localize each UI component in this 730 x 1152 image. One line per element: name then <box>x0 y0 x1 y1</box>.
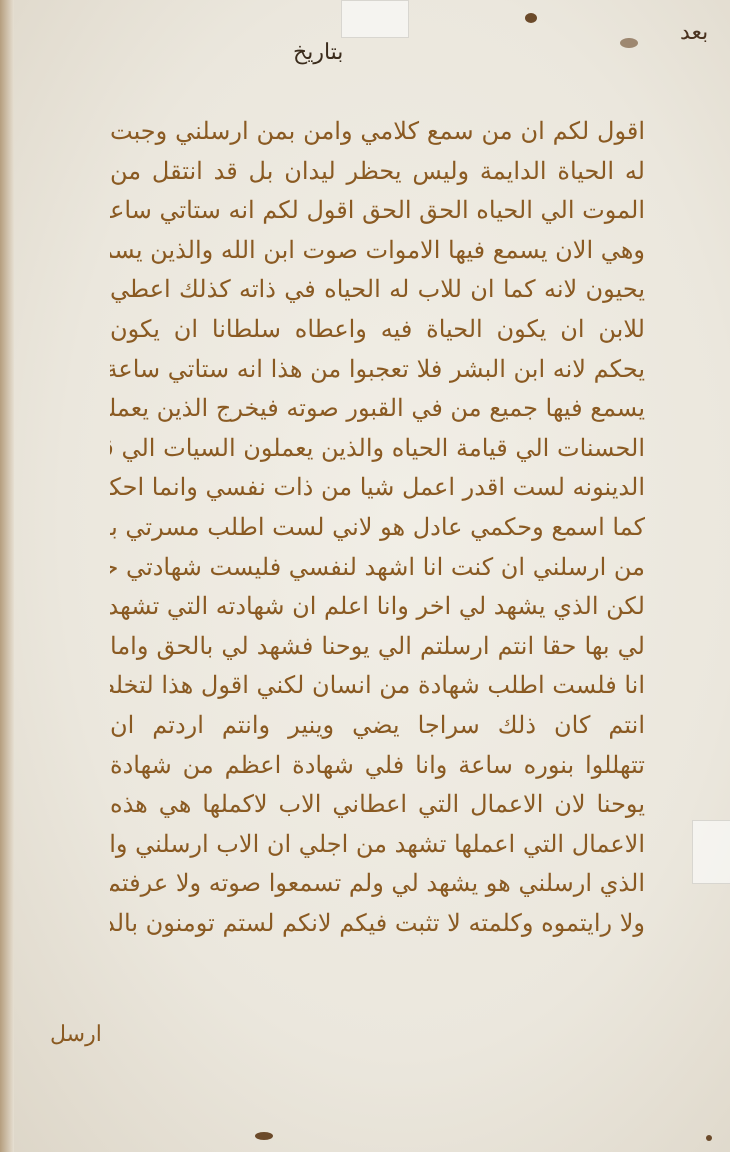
manuscript-page: بتاريخ بعد اقول لكم ان من سمع كلامي وامن… <box>0 0 730 1152</box>
text-line: له الحياة الدايمة وليس يحظر ليدان بل قد … <box>110 152 645 192</box>
text-line: اقول لكم ان من سمع كلامي وامن بمن ارسلني… <box>110 112 645 152</box>
text-line: يوحنا لان الاعمال التي اعطاني الاب لاكمل… <box>110 785 645 825</box>
text-line: من ارسلني ان كنت انا اشهد لنفسي فليست شه… <box>110 548 645 588</box>
text-line: للابن ان يكون الحياة فيه واعطاه سلطانا ا… <box>110 310 645 350</box>
ink-spot <box>255 1132 273 1140</box>
text-line: الاعمال التي اعملها تشهد من اجلي ان الاب… <box>110 825 645 865</box>
ink-spot <box>525 13 537 23</box>
text-line: الذي ارسلني هو يشهد لي ولم تسمعوا صوته و… <box>110 864 645 904</box>
text-line: يحكم لانه ابن البشر فلا تعجبوا من هذا ان… <box>110 350 645 390</box>
text-line: لكن الذي يشهد لي اخر وانا اعلم ان شهادته… <box>110 587 645 627</box>
text-line: كما اسمع وحكمي عادل هو لاني لست اطلب مسر… <box>110 508 645 548</box>
binding-edge <box>0 0 14 1152</box>
right-margin-word: بعد <box>680 20 708 45</box>
text-line: لي بها حقا انتم ارسلتم الي يوحنا فشهد لي… <box>110 627 645 667</box>
paper-tab-right <box>692 820 730 884</box>
text-line: انتم كان ذلك سراجا يضي وينير وانتم اردتم… <box>110 706 645 746</box>
footer-catchword: ارسل <box>50 1022 102 1047</box>
text-line: يحيون لانه كما ان للاب له الحياه في ذاته… <box>110 270 645 310</box>
text-line: تتهللوا بنوره ساعة وانا فلي شهادة اعظم م… <box>110 746 645 786</box>
text-line: الحسنات الي قيامة الحياه والذين يعملون ا… <box>110 429 645 469</box>
text-line: الموت الي الحياه الحق الحق اقول لكم انه … <box>110 191 645 231</box>
text-block: اقول لكم ان من سمع كلامي وامن بمن ارسلني… <box>110 112 645 943</box>
paper-tab-top <box>341 0 409 38</box>
top-catchword: بتاريخ <box>293 40 343 65</box>
text-line: الدينونه لست اقدر اعمل شيا من ذات نفسي و… <box>110 468 645 508</box>
ink-spot <box>706 1135 712 1141</box>
text-line: انا فلست اطلب شهادة من انسان لكني اقول ه… <box>110 666 645 706</box>
text-line: وهي الان يسمع فيها الاموات صوت ابن الله … <box>110 231 645 271</box>
text-line: يسمع فيها جميع من في القبور صوته فيخرج ا… <box>110 389 645 429</box>
ink-spot <box>620 38 638 48</box>
text-line: ولا رايتموه وكلمته لا تثبت فيكم لانكم لس… <box>110 904 645 944</box>
